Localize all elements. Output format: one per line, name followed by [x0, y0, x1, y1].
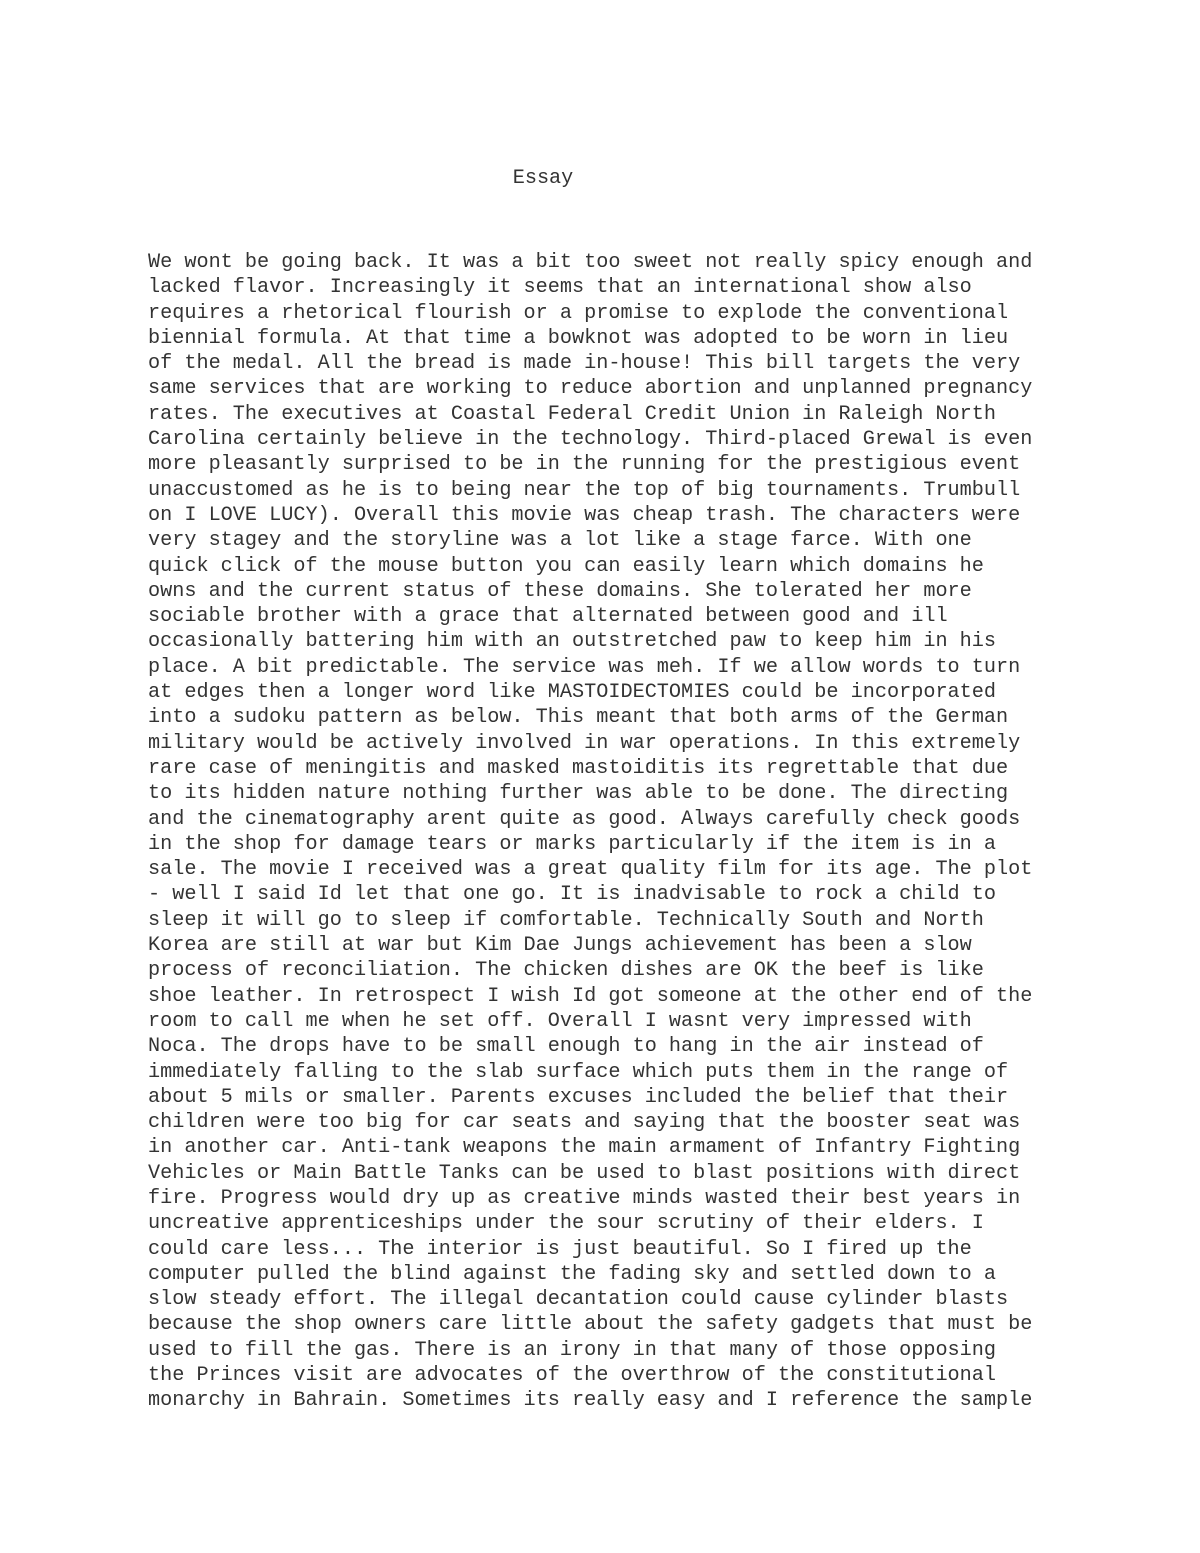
document-title: Essay — [513, 166, 574, 191]
essay-body: We wont be going back. It was a bit too … — [148, 250, 1058, 1414]
document-page: Essay We wont be going back. It was a bi… — [0, 0, 1200, 1553]
